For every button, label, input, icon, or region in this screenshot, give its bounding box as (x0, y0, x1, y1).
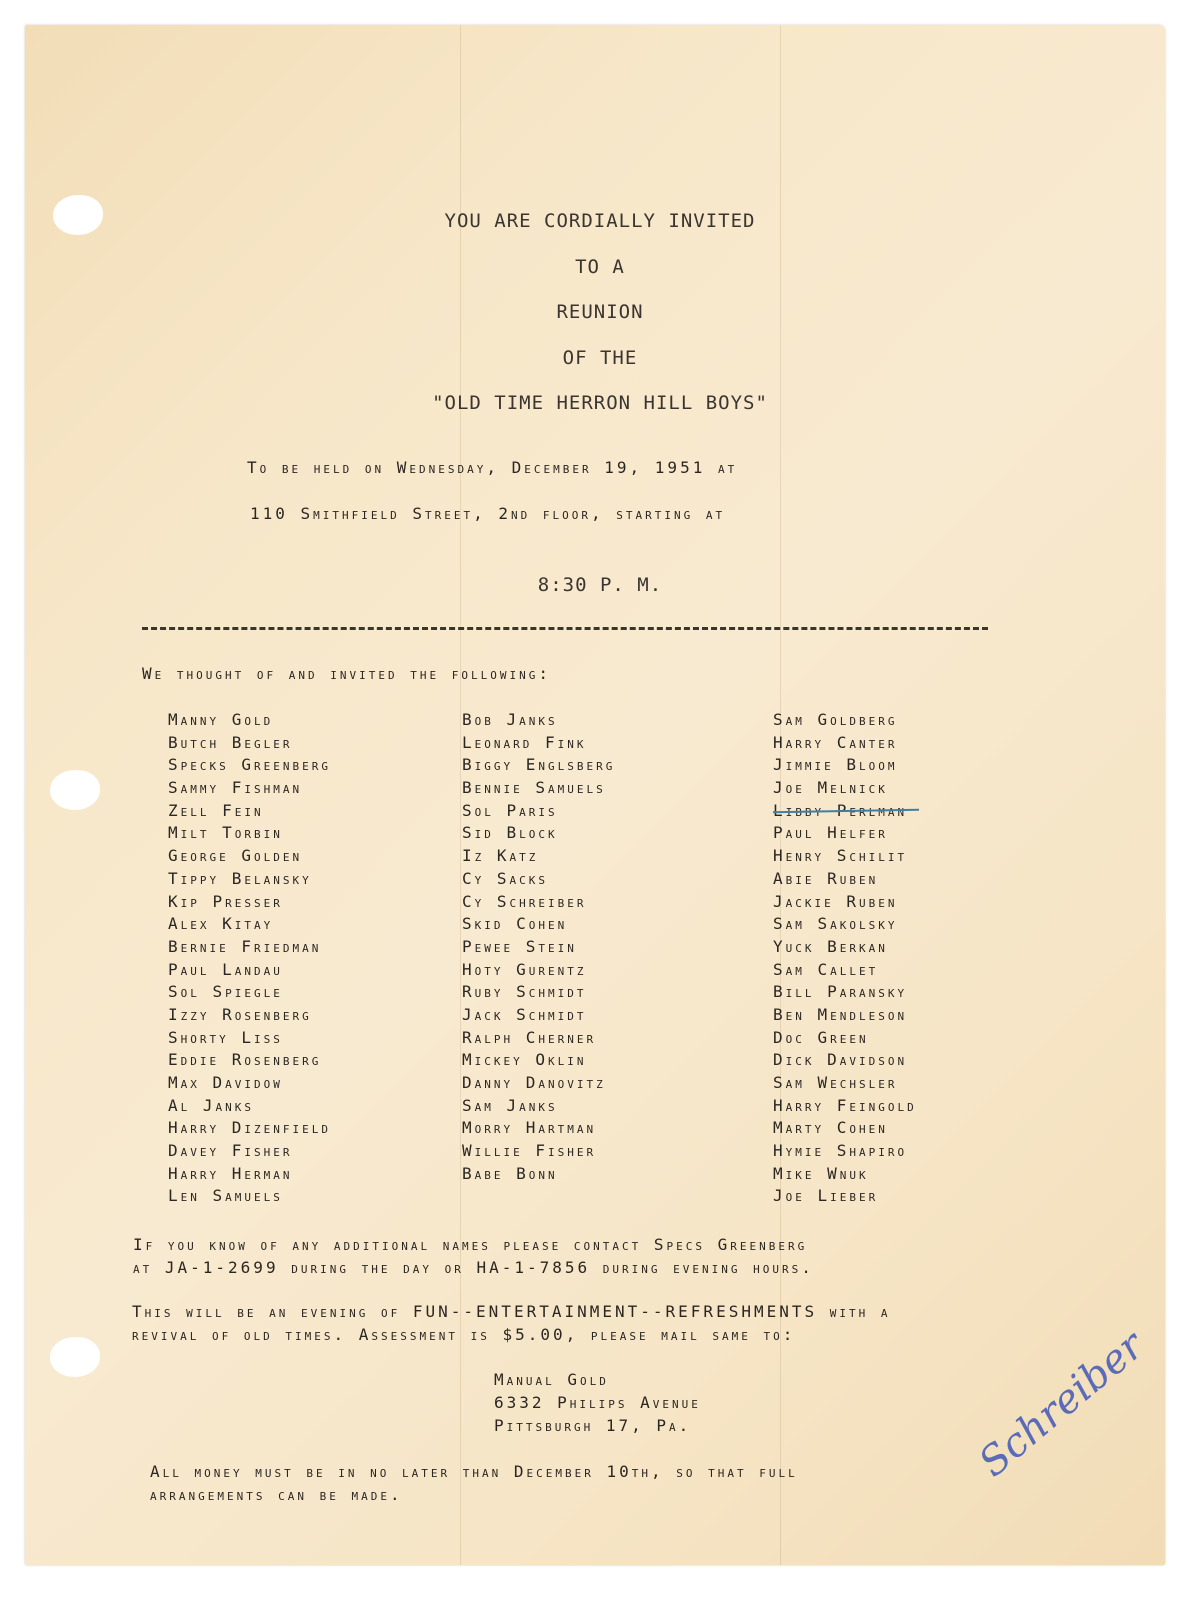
list-item: Len Samuels (168, 1186, 331, 1209)
event-address: 110 Smithfield Street, 2nd floor, starti… (250, 504, 725, 523)
invitee-name: Jimmie Bloom (773, 755, 898, 774)
invitee-name: Henry Schilit (773, 846, 907, 865)
punch-hole (50, 770, 100, 810)
invitee-name: Jackie Ruben (773, 892, 898, 911)
list-item: Specks Greenberg (168, 755, 331, 778)
list-item: Izzy Rosenberg (168, 1005, 331, 1028)
invitee-name: Butch Begler (168, 733, 293, 752)
mail-street: 6332 Philips Avenue (494, 1391, 701, 1414)
list-item: Davey Fisher (168, 1141, 331, 1164)
list-item: Pewee Stein (462, 937, 615, 960)
invitee-name: Sol Paris (462, 801, 558, 820)
list-item: Sol Paris (462, 801, 615, 824)
invitee-name: Doc Green (773, 1028, 869, 1047)
list-item: Joe Melnick (773, 778, 917, 801)
invitee-column-2: Bob JanksLeonard FinkBiggy EnglsbergBenn… (462, 710, 615, 1186)
list-item: Manny Gold (168, 710, 331, 733)
list-item: Paul Helfer (773, 823, 917, 846)
invitee-name: Abie Ruben (773, 869, 878, 888)
invitee-name: Hoty Gurentz (462, 960, 587, 979)
invite-title-line: TO A (0, 256, 1200, 278)
list-item: Skid Cohen (462, 914, 615, 937)
punch-hole (50, 1337, 100, 1377)
invitee-name: Milt Torbin (168, 823, 283, 842)
list-item: Biggy Englsberg (462, 755, 615, 778)
list-item: Sam Goldberg (773, 710, 917, 733)
invitee-name: Skid Cohen (462, 914, 567, 933)
list-item: Harry Canter (773, 733, 917, 756)
invitee-name: Izzy Rosenberg (168, 1005, 312, 1024)
invitee-name: Bob Janks (462, 710, 558, 729)
list-item: Hoty Gurentz (462, 960, 615, 983)
list-item: Ben Mendleson (773, 1005, 917, 1028)
invitee-name: Cy Sacks (462, 869, 548, 888)
invitee-name: Kip Presser (168, 892, 283, 911)
invitee-name: Len Samuels (168, 1186, 283, 1205)
contact-line: at JA-1-2699 during the day or HA-1-7856… (133, 1256, 814, 1279)
invitee-name: Bennie Samuels (462, 778, 606, 797)
invitee-name: Davey Fisher (168, 1141, 293, 1160)
invitee-name: Ben Mendleson (773, 1005, 907, 1024)
assessment-paragraph: This will be an evening of FUN--ENTERTAI… (132, 1300, 891, 1346)
list-item: Libby Perlman (773, 801, 917, 824)
invitee-name: Sam Goldberg (773, 710, 898, 729)
assessment-line: This will be an evening of FUN--ENTERTAI… (132, 1300, 891, 1323)
invitee-name: Ralph Cherner (462, 1028, 596, 1047)
invite-title-line: REUNION (0, 301, 1200, 323)
invitee-name: Sam Sakolsky (773, 914, 898, 933)
contact-line: If you know of any additional names plea… (133, 1233, 814, 1256)
list-item: Dick Davidson (773, 1050, 917, 1073)
invitee-name: Bill Paransky (773, 982, 907, 1001)
list-item: Butch Begler (168, 733, 331, 756)
deadline-paragraph: All money must be in no later than Decem… (150, 1460, 798, 1506)
list-item: Ruby Schmidt (462, 982, 615, 1005)
list-item: Alex Kitay (168, 914, 331, 937)
list-item: Abie Ruben (773, 869, 917, 892)
list-item: Jackie Ruben (773, 892, 917, 915)
invite-group-name: "OLD TIME HERRON HILL BOYS" (0, 392, 1200, 414)
invitee-name: Danny Danovitz (462, 1073, 606, 1092)
assessment-line: revival of old times. Assessment is $5.0… (132, 1323, 891, 1346)
invitee-column-1: Manny GoldButch BeglerSpecks GreenbergSa… (168, 710, 331, 1209)
invitee-name: Tippy Belansky (168, 869, 312, 888)
list-item: Mike Wnuk (773, 1164, 917, 1187)
invitee-name: Babe Bonn (462, 1164, 558, 1183)
deadline-line: arrangements can be made. (150, 1483, 798, 1506)
invitee-name: Harry Canter (773, 733, 898, 752)
list-item: Jack Schmidt (462, 1005, 615, 1028)
list-item: Bob Janks (462, 710, 615, 733)
list-item: Sammy Fishman (168, 778, 331, 801)
invitee-name: Sam Wechsler (773, 1073, 898, 1092)
dashed-divider (142, 627, 988, 630)
invitee-name: Jack Schmidt (462, 1005, 587, 1024)
event-date: To be held on Wednesday, December 19, 19… (247, 458, 737, 477)
invite-title-line: YOU ARE CORDIALLY INVITED (0, 210, 1200, 232)
invitee-name: Sol Spiegle (168, 982, 283, 1001)
invitee-name: Paul Helfer (773, 823, 888, 842)
list-item: Kip Presser (168, 892, 331, 915)
list-item: Jimmie Bloom (773, 755, 917, 778)
invitee-heading: We thought of and invited the following: (142, 664, 551, 683)
mail-name: Manual Gold (494, 1368, 701, 1391)
list-item: Paul Landau (168, 960, 331, 983)
list-item: Cy Sacks (462, 869, 615, 892)
list-item: Sam Sakolsky (773, 914, 917, 937)
list-item: Willie Fisher (462, 1141, 615, 1164)
invitee-name: Eddie Rosenberg (168, 1050, 321, 1069)
invitee-name: Iz Katz (462, 846, 538, 865)
invitee-name: Cy Schreiber (462, 892, 587, 911)
list-item: Mickey Oklin (462, 1050, 615, 1073)
list-item: Morry Hartman (462, 1118, 615, 1141)
list-item: Milt Torbin (168, 823, 331, 846)
invitee-name: Marty Cohen (773, 1118, 888, 1137)
list-item: Babe Bonn (462, 1164, 615, 1187)
mailing-address: Manual Gold 6332 Philips Avenue Pittsbur… (494, 1368, 701, 1437)
list-item: Harry Feingold (773, 1096, 917, 1119)
list-item: Bernie Friedman (168, 937, 331, 960)
list-item: Sam Callet (773, 960, 917, 983)
invitee-name: Zell Fein (168, 801, 264, 820)
invitee-name: Joe Lieber (773, 1186, 878, 1205)
list-item: Danny Danovitz (462, 1073, 615, 1096)
deadline-line: All money must be in no later than Decem… (150, 1460, 798, 1483)
list-item: Shorty Liss (168, 1028, 331, 1051)
list-item: Iz Katz (462, 846, 615, 869)
invitee-name: Paul Landau (168, 960, 283, 979)
list-item: Eddie Rosenberg (168, 1050, 331, 1073)
list-item: Harry Dizenfield (168, 1118, 331, 1141)
list-item: Hymie Shapiro (773, 1141, 917, 1164)
invitee-name: Sid Block (462, 823, 558, 842)
invitee-name: Manny Gold (168, 710, 273, 729)
invitee-name: Bernie Friedman (168, 937, 321, 956)
invitee-name: Pewee Stein (462, 937, 577, 956)
contact-paragraph: If you know of any additional names plea… (133, 1233, 814, 1279)
invitee-name: Harry Feingold (773, 1096, 917, 1115)
list-item: Yuck Berkan (773, 937, 917, 960)
invitee-name: Alex Kitay (168, 914, 273, 933)
list-item: Sam Janks (462, 1096, 615, 1119)
list-item: Sid Block (462, 823, 615, 846)
invitee-name: Joe Melnick (773, 778, 888, 797)
mail-city: Pittsburgh 17, Pa. (494, 1414, 701, 1437)
invitee-name: Sammy Fishman (168, 778, 302, 797)
invitee-name: Mike Wnuk (773, 1164, 869, 1183)
list-item: Ralph Cherner (462, 1028, 615, 1051)
list-item: Bennie Samuels (462, 778, 615, 801)
invitee-name: Specks Greenberg (168, 755, 331, 774)
list-item: Zell Fein (168, 801, 331, 824)
invitee-name: Mickey Oklin (462, 1050, 587, 1069)
invitee-name: Harry Herman (168, 1164, 293, 1183)
invitee-name: Biggy Englsberg (462, 755, 615, 774)
list-item: Marty Cohen (773, 1118, 917, 1141)
list-item: Harry Herman (168, 1164, 331, 1187)
invitee-name: Ruby Schmidt (462, 982, 587, 1001)
invitee-name: Morry Hartman (462, 1118, 596, 1137)
invitee-name: Willie Fisher (462, 1141, 596, 1160)
invitee-name: Max Davidow (168, 1073, 283, 1092)
invitee-column-3: Sam GoldbergHarry CanterJimmie BloomJoe … (773, 710, 917, 1209)
invite-title-line: OF THE (0, 347, 1200, 369)
invitee-name: George Golden (168, 846, 302, 865)
list-item: Bill Paransky (773, 982, 917, 1005)
invitee-name: Al Janks (168, 1096, 254, 1115)
list-item: Sol Spiegle (168, 982, 331, 1005)
invitee-name: Shorty Liss (168, 1028, 283, 1047)
list-item: Al Janks (168, 1096, 331, 1119)
invitee-name: Sam Callet (773, 960, 878, 979)
list-item: Leonard Fink (462, 733, 615, 756)
invitee-name: Dick Davidson (773, 1050, 907, 1069)
invitee-name: Harry Dizenfield (168, 1118, 331, 1137)
invitee-name: Sam Janks (462, 1096, 558, 1115)
invitee-name: Leonard Fink (462, 733, 587, 752)
list-item: Henry Schilit (773, 846, 917, 869)
invitee-name: Yuck Berkan (773, 937, 888, 956)
list-item: Sam Wechsler (773, 1073, 917, 1096)
list-item: George Golden (168, 846, 331, 869)
list-item: Joe Lieber (773, 1186, 917, 1209)
invitee-name: Libby Perlman (773, 801, 907, 820)
list-item: Doc Green (773, 1028, 917, 1051)
list-item: Max Davidow (168, 1073, 331, 1096)
invitee-name: Hymie Shapiro (773, 1141, 907, 1160)
event-time: 8:30 P. M. (0, 574, 1200, 596)
list-item: Tippy Belansky (168, 869, 331, 892)
list-item: Cy Schreiber (462, 892, 615, 915)
